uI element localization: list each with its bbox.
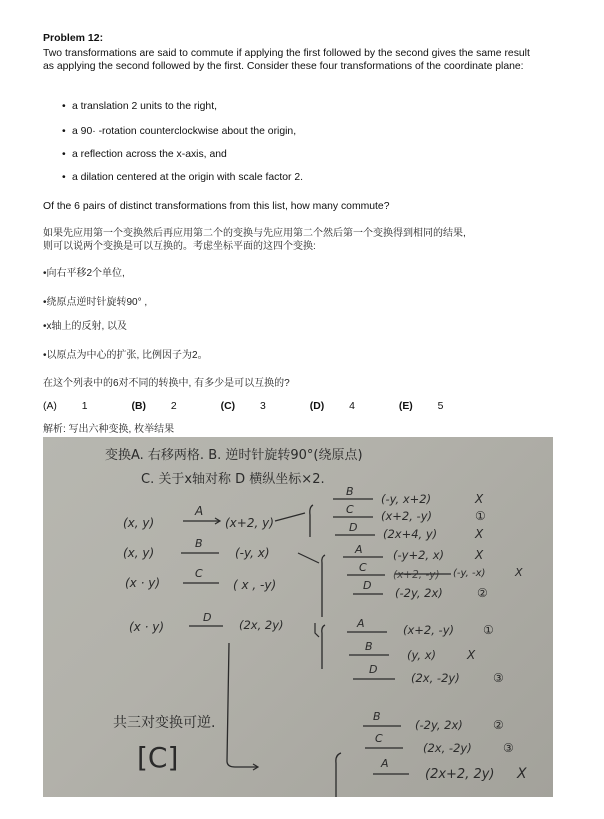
hw-branch-op: D [369,663,377,676]
hw-branch-op: B [346,485,354,498]
hw-branch-result: (x+2, -y) [403,623,454,637]
hw-mark: ① [475,509,486,523]
hw-mark: X [474,492,484,506]
handwritten-solution-photo: 变换A. 右移两格. B. 逆时针旋转90°(绕原点) C. 关于x轴对称 D … [43,437,553,797]
hw-branch-op: B [365,640,373,653]
hw-row-b-op: B [195,537,203,550]
hw-branch-result: (-y, x+2) [381,492,431,506]
hw-mark: X [514,566,523,579]
hw-mark: X [516,766,527,782]
answer-choices: (A) 1 (B) 2 (C) 3 (D) 4 (E) 5 [43,401,487,412]
hw-row-d-op: D [203,611,211,624]
bullet-zh-translation: •向右平移2个单位, [43,267,125,280]
choice-c: (C) 3 [221,401,288,412]
problem-title: Problem 12: [43,32,103,44]
hw-branch-op: A [354,543,363,556]
hw-row-a-op: A [194,504,203,518]
hw-mark: ② [493,718,504,732]
choice-label: (E) [399,401,413,412]
hw-branch-result: (-y, -x) [453,568,485,579]
bullet-text: a translation 2 units to the right, [72,101,217,112]
choice-label: (B) [132,401,146,412]
hw-branch-op: A [356,617,365,630]
hw-row-b-start: (x, y) [123,546,154,560]
hw-row-d-start: (x · y) [129,620,164,634]
bullet-reflection: •a reflection across the x-axis, and [62,149,227,160]
hw-branch-op: C [375,732,383,745]
hw-struck-text: (x+2, -y) [393,569,440,581]
hw-row-c-start: (x · y) [125,576,160,590]
hw-mark: X [466,648,476,662]
hw-def-line2: C. 关于x轴对称 D 横纵坐标×2. [141,471,325,487]
hw-branch-result: (2x+2, 2y) [425,767,495,782]
hw-branch-op: D [349,521,357,534]
hw-mark: X [474,548,484,562]
bullet-translation: •a translation 2 units to the right, [62,101,217,112]
bullet-zh-rotation: •绕原点逆时针旋转90° , [43,296,147,309]
hw-mark: ② [477,586,488,600]
hw-mark: X [474,527,484,541]
hw-row-c-result: ( x , -y) [233,578,276,592]
hw-branch-op: C [346,503,354,516]
hw-branch-result: (2x, -2y) [423,741,472,755]
choice-value: 3 [260,401,266,412]
hw-branch-result: (2x+4, y) [383,527,437,541]
hw-branch-op: A [380,757,389,770]
intro-zh-line2: 则可以说两个变换是可以互换的。考虑坐标平面的这四个变换: [43,240,316,253]
choice-value: 1 [82,401,88,412]
choice-a: (A) 1 [43,401,110,412]
bullet-dilation: •a dilation centered at the origin with … [62,172,303,183]
bullet-text: a 90· -rotation counterclockwise about t… [72,126,296,137]
hw-branch-result: (y, x) [407,648,436,662]
hw-branch-op: B [373,710,381,723]
hw-mark: ③ [493,671,504,685]
hw-branch-result: (-2y, 2x) [395,586,443,600]
choice-d: (D) 4 [310,401,377,412]
hw-branch-op: D [363,579,371,592]
hw-branch-result: (-y+2, x) [393,548,444,562]
choice-value: 2 [171,401,177,412]
choice-value: 4 [349,401,355,412]
choice-e: (E) 5 [399,401,466,412]
choice-label: (C) [221,401,235,412]
question-zh: 在这个列表中的6对不同的转换中, 有多少是可以互换的? [43,377,290,390]
intro-zh-line1: 如果先应用第一个变换然后再应用第二个的变换与先应用第二个然后第一个变换得到相同的… [43,227,466,240]
hw-row-a-start: (x, y) [123,516,154,530]
hw-final-answer: [C] [137,741,178,774]
question-en: Of the 6 pairs of distinct transformatio… [43,200,533,213]
hw-row-d-result: (2x, 2y) [239,618,284,632]
bullet-rotation: •a 90· -rotation counterclockwise about … [62,126,296,137]
hw-branch-op: C [359,561,367,574]
hw-row-a-result: (x+2, y) [225,516,274,530]
choice-value: 5 [438,401,444,412]
hw-branch-result: (2x, -2y) [411,671,460,685]
hw-branch-result: (-2y, 2x) [415,718,463,732]
bullet-text: a dilation centered at the origin with s… [72,172,303,183]
problem-intro-en: Two transformations are said to commute … [43,47,533,73]
bullet-text: a reflection across the x-axis, and [72,149,227,160]
solution-label: 解析: 写出六种变换, 枚举结果 [43,423,174,436]
hw-branch-result: (x+2, -y) [381,509,432,523]
bullet-zh-reflection: •x轴上的反射, 以及 [43,320,127,333]
choice-label: (A) [43,401,57,412]
hw-def-line1: 变换A. 右移两格. B. 逆时针旋转90°(绕原点) [105,447,363,463]
hw-mark: ③ [503,741,514,755]
hw-row-c-op: C [195,567,203,580]
bullet-zh-dilation: •以原点为中心的扩张, 比例因子为2。 [43,349,208,362]
choice-label: (D) [310,401,324,412]
hw-mark: ① [483,623,494,637]
hw-row-b-result: (-y, x) [235,546,270,560]
handwritten-solution-drawing: 变换A. 右移两格. B. 逆时针旋转90°(绕原点) C. 关于x轴对称 D … [43,437,553,797]
choice-b: (B) 2 [132,401,199,412]
hw-conclusion: 共三对变换可逆. [113,714,215,731]
